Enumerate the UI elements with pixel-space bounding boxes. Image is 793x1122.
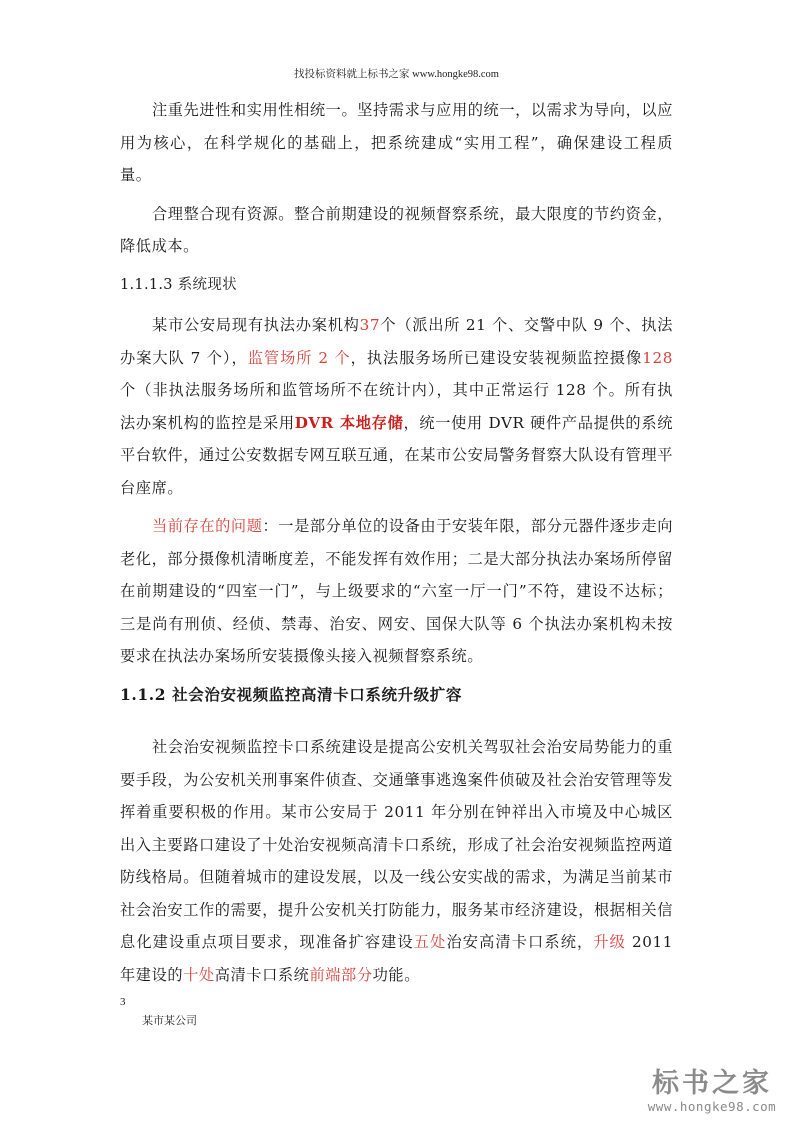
highlight-frontend: 前端部分 — [309, 966, 372, 984]
watermark-logo: 标书之家 www.hongke98.com — [637, 1069, 787, 1114]
watermark-url: www.hongke98.com — [637, 1099, 787, 1114]
highlight-detention-sites: 监管场所 2 个 — [248, 349, 351, 367]
highlight-dvr-storage: DVR 本地存储 — [295, 414, 404, 432]
highlight-current-problems: 当前存在的问题 — [152, 517, 263, 535]
watermark-title: 标书之家 — [637, 1069, 787, 1099]
section-heading-checkpoint-upgrade: 1.1.2 社会治安视频监控高清卡口系统升级扩容 — [120, 679, 673, 712]
paragraph-system-status: 某市公安局现有执法办案机构37个（派出所 21 个、交警中队 9 个、执法办案大… — [120, 309, 673, 504]
paragraph-integrate-resources: 合理整合现有资源。整合前期建设的视频督察系统，最大限度的节约资金，降低成本。 — [120, 198, 673, 263]
text-run: ：一是部分单位的设备由于安装年限，部分元器件逐步走向老化，部分摄像机清晰度差，不… — [120, 517, 673, 665]
text-run: 某市公安局现有执法办案机构 — [152, 316, 360, 334]
highlight-count-128: 128 — [642, 349, 673, 367]
text-run: 高清卡口系统 — [215, 966, 310, 984]
highlight-count-37: 37 — [360, 316, 381, 334]
paragraph-current-problems: 当前存在的问题：一是部分单位的设备由于安装年限，部分元器件逐步走向老化，部分摄像… — [120, 510, 673, 673]
page-number: 3 — [120, 996, 126, 1008]
paragraph-advanced-practical: 注重先进性和实用性相统一。坚持需求与应用的统一，以需求为导向，以应用为核心，在科… — [120, 94, 673, 192]
document-body: 注重先进性和实用性相统一。坚持需求与应用的统一，以需求为导向，以应用为核心，在科… — [120, 94, 673, 991]
footer-company: 某市某公司 — [142, 1012, 197, 1028]
page-header: 找投标资料就上标书之家 www.hongke98.com — [0, 66, 793, 81]
text-run: 功能。 — [373, 966, 420, 984]
highlight-five-sites: 五处 — [414, 933, 447, 951]
text-run: 社会治安视频监控卡口系统建设是提高公安机关驾驭社会治安局势能力的重要手段，为公安… — [120, 738, 673, 951]
text-run: ，执法服务场所已建设安装视频监控摄像 — [351, 349, 643, 367]
paragraph-checkpoint-upgrade: 社会治安视频监控卡口系统建设是提高公安机关驾驭社会治安局势能力的重要手段，为公安… — [120, 731, 673, 991]
highlight-upgrade: 升级 — [593, 933, 626, 951]
text-run: 治安高清卡口系统， — [446, 933, 593, 951]
highlight-ten-sites: 十处 — [183, 966, 215, 984]
section-heading-system-status: 1.1.1.3 系统现状 — [120, 269, 673, 302]
